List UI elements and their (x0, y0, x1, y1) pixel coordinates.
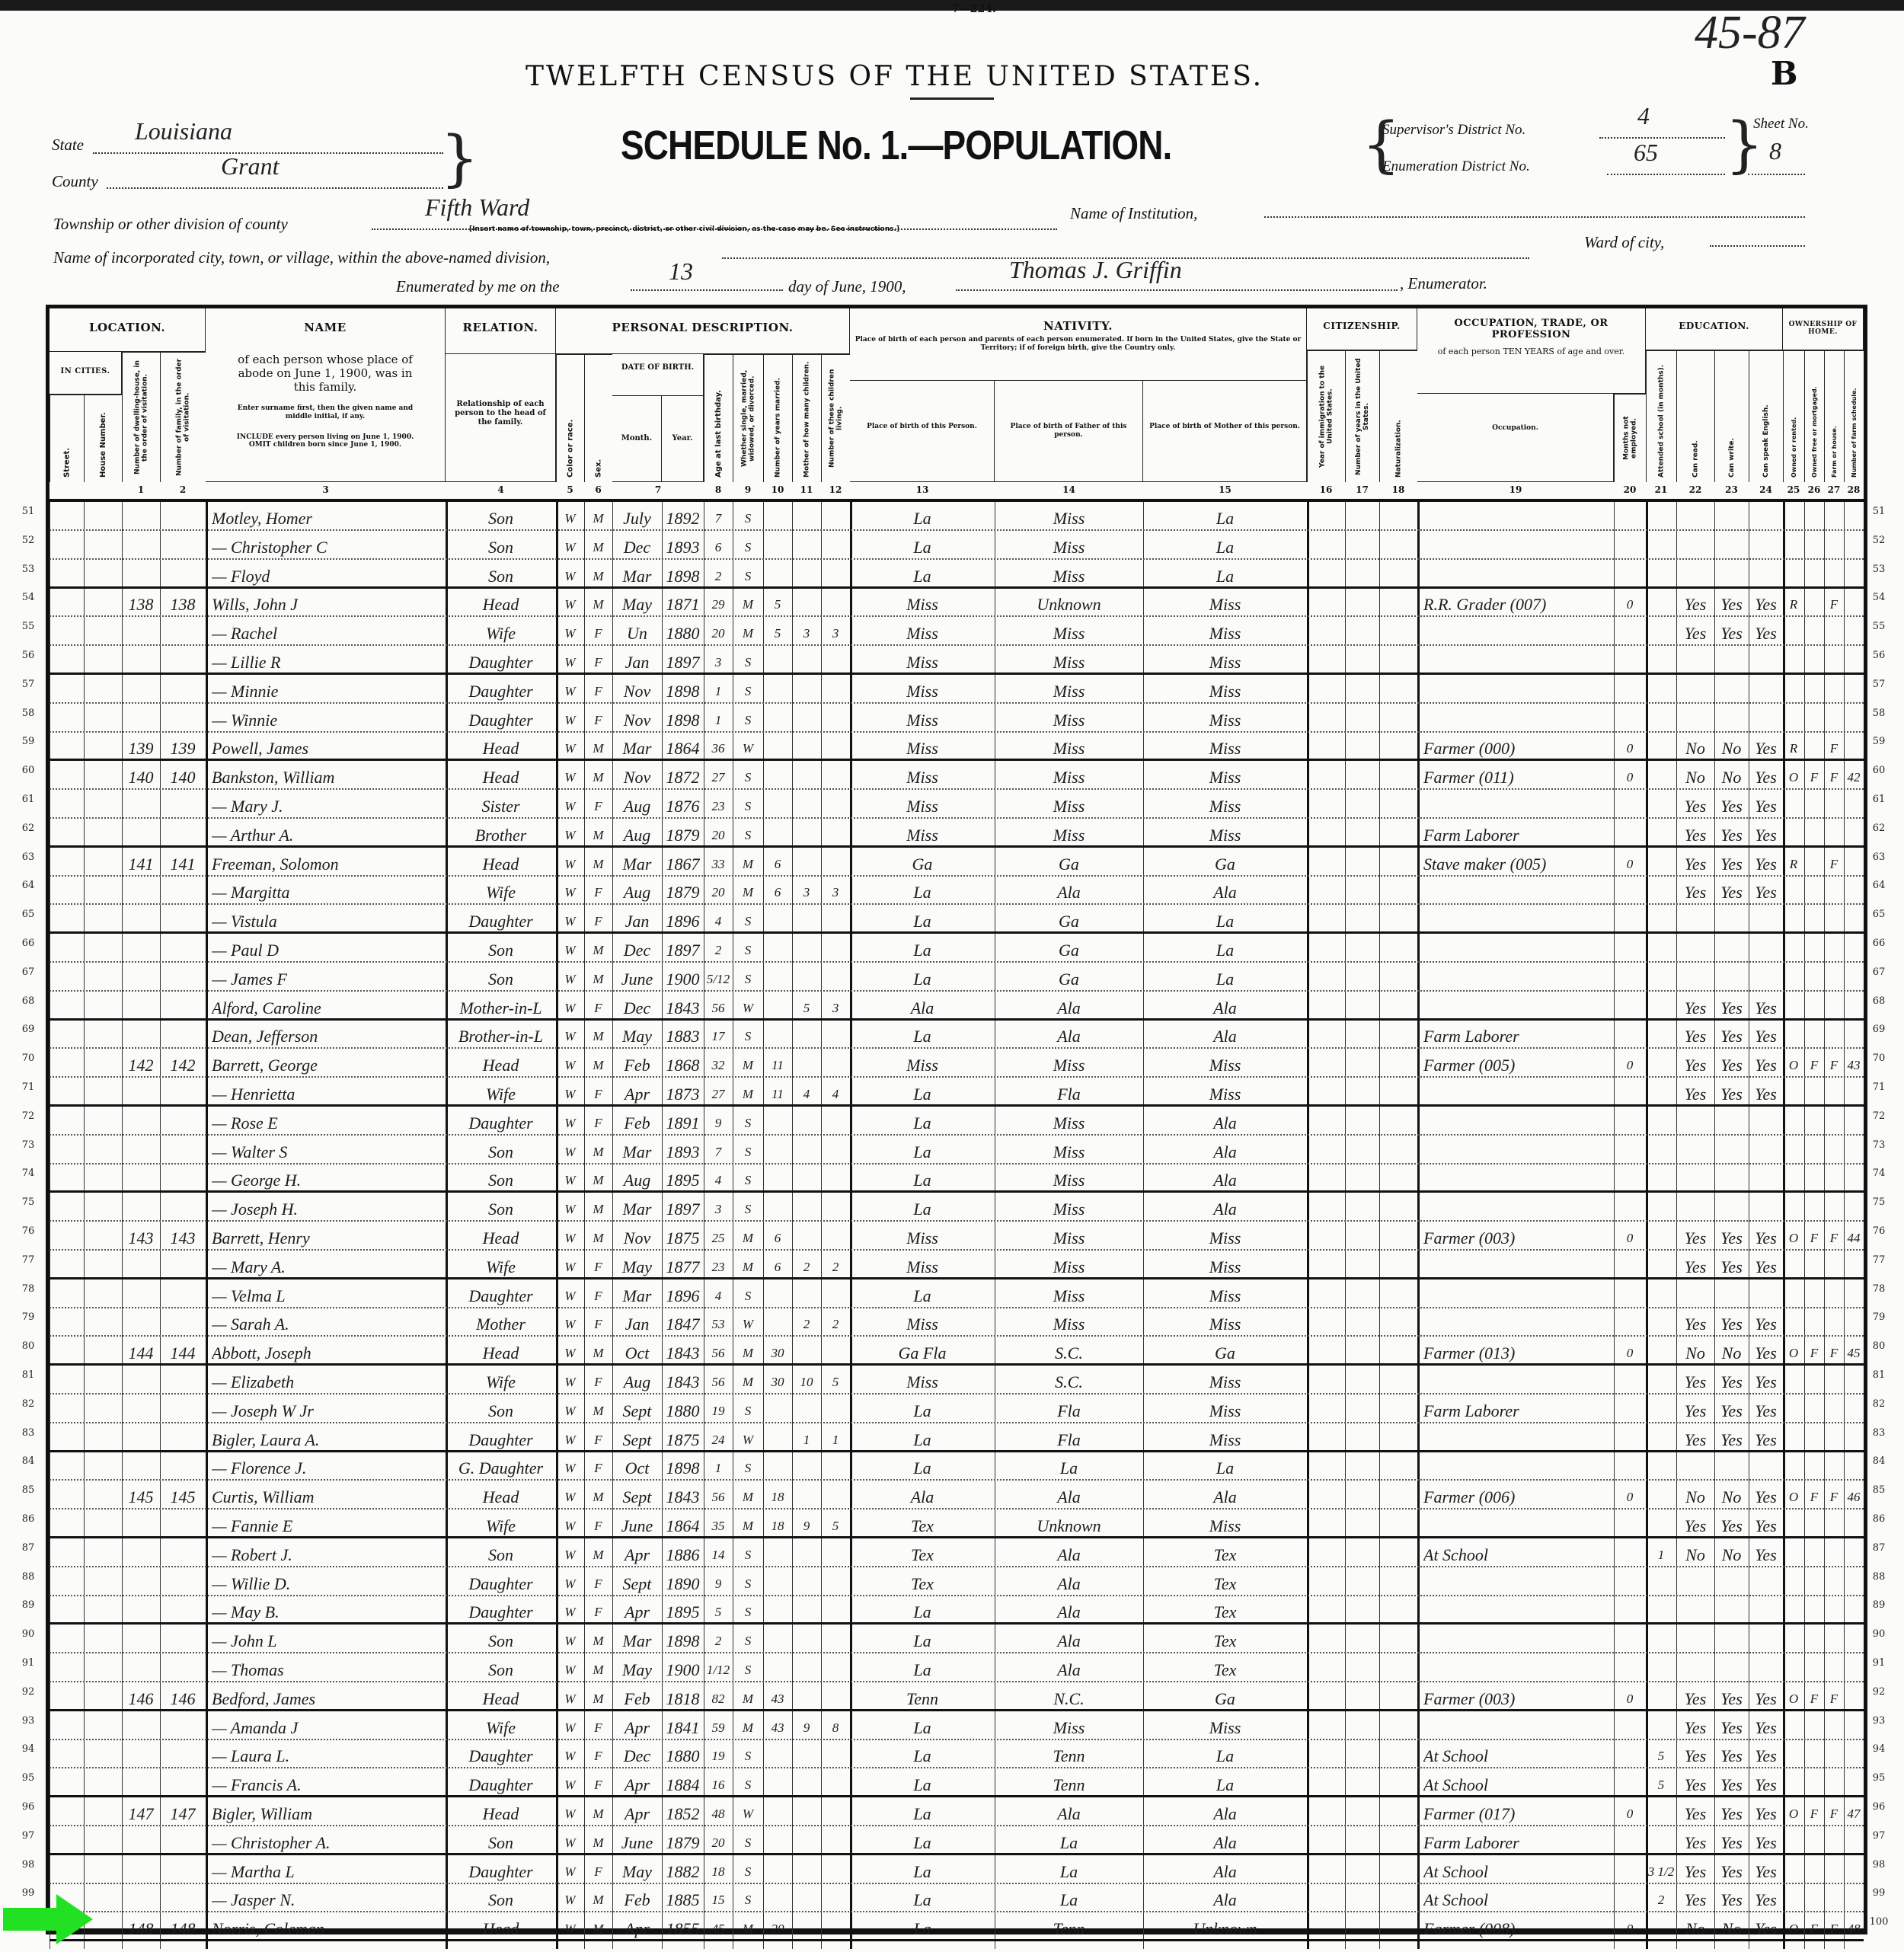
sheet-field[interactable]: 8 (1748, 148, 1805, 175)
cell-farm: F (1824, 1481, 1844, 1510)
cell-rel: Head (446, 1337, 556, 1366)
column-number: 18 (1379, 484, 1417, 495)
cell-color: W (556, 1481, 584, 1510)
cell-age: 2 (704, 934, 733, 963)
cell-name: — Joseph W Jr (212, 1395, 446, 1423)
cell-year: 1885 (662, 1883, 704, 1912)
cell-name: — Joseph H. (212, 1193, 446, 1222)
line-number: 81 (17, 1369, 40, 1381)
cell-occ: Farmer (013) (1423, 1337, 1614, 1366)
cell-name: — Elizabeth (212, 1366, 446, 1395)
cell-age: 20 (704, 617, 733, 646)
cell-name: — Christopher A. (212, 1826, 446, 1855)
cell-age: 20 (704, 1826, 733, 1855)
cell-occ: Farmer (003) (1423, 1222, 1614, 1251)
cell-name: — Walter S (212, 1136, 446, 1164)
cell-year: 1841 (662, 1711, 704, 1740)
cell-bm: Miss (1143, 617, 1307, 646)
cell-year: 1847 (662, 1308, 704, 1337)
cell-name: — Arthur A. (212, 819, 446, 848)
cell-sex: F (584, 790, 612, 819)
cell-bm: Ga (1143, 848, 1307, 877)
table-row: — Sarah A.MotherWFJan184753W22MissMissMi… (50, 1308, 1864, 1337)
line-number: 93 (1867, 1715, 1890, 1727)
cell-ym: 11 (763, 1078, 792, 1107)
cell-bm: La (1143, 1452, 1307, 1481)
cell-sex: F (584, 1078, 612, 1107)
cell-write: No (1714, 1337, 1749, 1366)
cell-rel: Daughter (446, 1567, 556, 1596)
line-number: 63 (17, 851, 40, 863)
cell-age: 7 (704, 502, 733, 531)
cell-eng: Yes (1749, 1538, 1783, 1567)
cell-month: Sept (612, 1395, 662, 1423)
line-number: 95 (1867, 1772, 1890, 1784)
cell-sex: F (584, 1308, 612, 1337)
cell-bf: Ga (995, 934, 1143, 963)
cell-rel: Daughter (446, 1740, 556, 1768)
cell-color: W (556, 1538, 584, 1567)
table-row: 138138Wills, John JHeadWMMay187129M5Miss… (50, 588, 1864, 617)
cell-bm: Miss (1143, 1423, 1307, 1452)
cell-sex: M (584, 1538, 612, 1567)
column-number: 12 (821, 484, 850, 495)
cell-sex: M (584, 848, 612, 877)
cell-marital: S (733, 1567, 763, 1596)
cell-occ: At School (1423, 1883, 1614, 1912)
header-immigration: Year of immigration to the United States… (1307, 350, 1345, 482)
cell-sex: M (584, 1337, 612, 1366)
cell-sex: F (584, 1280, 612, 1308)
cell-eng: Yes (1749, 1222, 1783, 1251)
cell-age: 32 (704, 1049, 733, 1078)
cell-read: Yes (1676, 1797, 1714, 1826)
cell-own: O (1783, 1682, 1804, 1711)
right-line-numbers: 5152535455565758596061626364656667686970… (1867, 498, 1898, 1945)
cell-bp: Miss (850, 646, 995, 675)
cell-bp: Ga Fla (850, 1337, 995, 1366)
cell-eng: Yes (1749, 1768, 1783, 1797)
header-can-read: Can read. (1676, 350, 1714, 482)
cell-month: July (612, 502, 662, 531)
cell-name: — May B. (212, 1596, 446, 1625)
cell-color: W (556, 1193, 584, 1222)
cell-mu: 0 (1614, 1797, 1646, 1826)
cell-bf: Fla (995, 1078, 1143, 1107)
cell-marital: S (733, 1452, 763, 1481)
cell-month: Sept (612, 1481, 662, 1510)
cell-bp: Tex (850, 1538, 995, 1567)
column-number: 19 (1417, 484, 1614, 495)
township-field[interactable]: Fifth Ward [Insert name of township, tow… (372, 207, 1057, 230)
column-number: 28 (1844, 484, 1864, 495)
cell-mort: F (1804, 1682, 1824, 1711)
cell-age: 82 (704, 1682, 733, 1711)
cell-bm: Miss (1143, 1711, 1307, 1740)
cell-month: Dec (612, 531, 662, 560)
cell-year: 1884 (662, 1768, 704, 1797)
cell-marital: S (733, 1883, 763, 1912)
cell-write: Yes (1714, 1049, 1749, 1078)
cell-mu: 0 (1614, 1682, 1646, 1711)
cell-year: 1897 (662, 646, 704, 675)
header-relation-desc: Relationship of each person to the head … (446, 354, 556, 482)
table-row: — Arthur A.BrotherWMAug187920SMissMissMi… (50, 819, 1864, 848)
line-number: 83 (1867, 1427, 1890, 1439)
cell-eng: Yes (1749, 1826, 1783, 1855)
table-row: — VistulaDaughterWFJan18964SLaGaLa (50, 905, 1864, 934)
line-number: 58 (1867, 708, 1890, 719)
cell-year: 1843 (662, 1337, 704, 1366)
cell-read: Yes (1676, 1883, 1714, 1912)
cell-color: W (556, 617, 584, 646)
line-number: 57 (1867, 679, 1890, 690)
cell-month: Feb (612, 1883, 662, 1912)
cell-rel: Wife (446, 1366, 556, 1395)
cell-bf: Miss (995, 1193, 1143, 1222)
cell-age: 24 (704, 1423, 733, 1452)
line-number: 91 (17, 1657, 40, 1669)
header-in-cities: IN CITIES. (50, 352, 122, 395)
cell-marital: S (733, 502, 763, 531)
cell-eng: Yes (1749, 617, 1783, 646)
cell-name: — Mary A. (212, 1251, 446, 1280)
cell-bf: Ala (995, 1797, 1143, 1826)
cell-write: Yes (1714, 1222, 1749, 1251)
cell-age: 56 (704, 992, 733, 1021)
cell-occ: Farmer (005) (1423, 1049, 1614, 1078)
table-row: — Laura L.DaughterWFDec188019SLaTennLaAt… (50, 1740, 1864, 1768)
cell-sex: M (584, 588, 612, 617)
cell-color: W (556, 1280, 584, 1308)
state-field[interactable]: Louisiana (93, 128, 443, 154)
cell-bf: Miss (995, 560, 1143, 589)
cell-bm: Ga (1143, 1337, 1307, 1366)
cell-age: 4 (704, 905, 733, 934)
line-number: 72 (1867, 1110, 1890, 1122)
cell-name: Bigler, Laura A. (212, 1423, 446, 1452)
cell-month: May (612, 1020, 662, 1049)
cell-write: Yes (1714, 992, 1749, 1021)
cell-rel: Son (446, 1193, 556, 1222)
supervisor-value: 4 (1637, 102, 1650, 130)
cell-rel: Son (446, 502, 556, 531)
enumerated-prefix: Enumerated by me on the (396, 277, 560, 296)
cell-name: — Martha L (212, 1855, 446, 1884)
table-row: — ThomasSonWMMay19001/12SLaAlaTex (50, 1653, 1864, 1682)
cell-bp: La (850, 1452, 995, 1481)
line-number: 80 (17, 1340, 40, 1352)
cell-read: No (1676, 732, 1714, 761)
enumerated-day-field[interactable]: 13 (631, 270, 783, 291)
cell-bp: Miss (850, 1366, 995, 1395)
column-number: 8 (704, 484, 733, 495)
cell-write: Yes (1714, 1251, 1749, 1280)
cell-year: 1880 (662, 1740, 704, 1768)
cell-read: Yes (1676, 1308, 1714, 1337)
cell-rel: Wife (446, 617, 556, 646)
cell-read: No (1676, 1912, 1714, 1941)
cell-month: Apr (612, 1797, 662, 1826)
cell-name: — John L (212, 1625, 446, 1653)
line-number: 77 (17, 1254, 40, 1266)
cell-rel: Head (446, 1682, 556, 1711)
cell-color: W (556, 1596, 584, 1625)
cell-marital: S (733, 963, 763, 992)
enumeration-value: 65 (1634, 139, 1658, 167)
cell-name: — Amanda J (212, 1711, 446, 1740)
cell-age: 36 (704, 732, 733, 761)
cell-marital: S (733, 1136, 763, 1164)
cell-year: 1895 (662, 1596, 704, 1625)
cell-bm: Ala (1143, 1136, 1307, 1164)
cell-eng: Yes (1749, 1510, 1783, 1538)
column-number: 6 (584, 484, 612, 495)
cell-name: Alford, Caroline (212, 992, 446, 1021)
cell-color: W (556, 992, 584, 1021)
table-row: — Mary J.SisterWFAug187623SMissMissMissY… (50, 790, 1864, 819)
cell-name: — Laura L. (212, 1740, 446, 1768)
cell-age: 2 (704, 1625, 733, 1653)
cell-farm: F (1824, 848, 1844, 877)
cell-age: 19 (704, 1740, 733, 1768)
table-row: — Lillie RDaughterWFJan18973SMissMissMis… (50, 646, 1864, 675)
cell-bp: La (850, 1797, 995, 1826)
cell-read: Yes (1676, 1740, 1714, 1768)
table-row: — Velma LDaughterWFMar18964SLaMissMiss (50, 1280, 1864, 1308)
cell-month: Mar (612, 1625, 662, 1653)
cell-marital: S (733, 905, 763, 934)
cell-bm: Miss (1143, 1510, 1307, 1538)
cell-read: Yes (1676, 588, 1714, 617)
cell-sex: F (584, 1366, 612, 1395)
table-row: — WinnieDaughterWFNov18981SMissMissMiss (50, 704, 1864, 733)
cell-farm: F (1824, 588, 1844, 617)
cell-bp: Miss (850, 761, 995, 790)
cell-color: W (556, 1855, 584, 1884)
cell-color: W (556, 1337, 584, 1366)
cell-sex: F (584, 1423, 612, 1452)
table-row: 143143Barrett, HenryHeadWMNov187525M6Mis… (50, 1222, 1864, 1251)
line-number: 94 (17, 1743, 40, 1755)
cell-own: R (1783, 588, 1804, 617)
cell-age: 3 (704, 1193, 733, 1222)
cell-eng: Yes (1749, 1711, 1783, 1740)
cell-year: 1875 (662, 1222, 704, 1251)
cell-write: Yes (1714, 1078, 1749, 1107)
cell-bf: Miss (995, 732, 1143, 761)
cell-marital: S (733, 934, 763, 963)
header-name: NAME (206, 308, 445, 334)
column-number: 17 (1345, 484, 1379, 495)
header-nativity-desc: Place of birth of each person and parent… (850, 333, 1306, 356)
cell-eng: Yes (1749, 1682, 1783, 1711)
header-age: Age at last birthday. (704, 354, 733, 482)
cell-dw: 148 (122, 1912, 160, 1941)
line-number: 76 (1867, 1225, 1890, 1237)
cell-marital: W (733, 1308, 763, 1337)
table-row: — Jasper N.SonWMFeb188515SLaLaAlaAt Scho… (50, 1883, 1864, 1912)
cell-age: 20 (704, 819, 733, 848)
enumerator-field[interactable]: Thomas J. Griffin (956, 268, 1398, 291)
cell-ym: 18 (763, 1481, 792, 1510)
cell-rel: Daughter (446, 1596, 556, 1625)
cell-year: 1892 (662, 502, 704, 531)
cell-bf: Miss (995, 761, 1143, 790)
cell-mort: F (1804, 761, 1824, 790)
column-number: 26 (1804, 484, 1824, 495)
cell-year: 1867 (662, 848, 704, 877)
cell-age: 6 (704, 531, 733, 560)
cell-fam: 140 (160, 761, 206, 790)
cell-bm: Ala (1143, 1855, 1307, 1884)
sheet-label: Sheet No. (1753, 116, 1809, 133)
cell-rel: Son (446, 1136, 556, 1164)
cell-marital: S (733, 1625, 763, 1653)
line-number: 64 (17, 880, 40, 891)
cell-moc: 2 (792, 1251, 821, 1280)
cell-read: No (1676, 1481, 1714, 1510)
cell-age: 53 (704, 1308, 733, 1337)
line-number: 89 (1867, 1599, 1890, 1611)
cell-bf: Miss (995, 531, 1143, 560)
cell-cl: 3 (821, 876, 850, 905)
cell-month: Apr (612, 1538, 662, 1567)
line-number: 87 (1867, 1542, 1890, 1554)
cell-moc: 10 (792, 1366, 821, 1395)
table-row: — Florence J.G. DaughterWFOct18981SLaLaL… (50, 1452, 1864, 1481)
cell-rel: Daughter (446, 905, 556, 934)
cell-marital: M (733, 1510, 763, 1538)
cell-name: — Henrietta (212, 1078, 446, 1107)
cell-read: Yes (1676, 1020, 1714, 1049)
cell-bp: La (850, 1740, 995, 1768)
cell-age: 27 (704, 761, 733, 790)
cell-bp: Tenn (850, 1682, 995, 1711)
cell-eng: Yes (1749, 876, 1783, 905)
cell-marital: S (733, 1164, 763, 1193)
cell-fam: 144 (160, 1337, 206, 1366)
cell-sex: M (584, 560, 612, 589)
cell-cl: 2 (821, 1251, 850, 1280)
cell-own: O (1783, 1481, 1804, 1510)
line-number: 51 (1867, 506, 1890, 517)
cell-bp: Tex (850, 1510, 995, 1538)
cell-sex: F (584, 1251, 612, 1280)
cell-bf: Miss (995, 617, 1143, 646)
table-row: 148148Norris, ColemanHeadWMApr185545M20L… (50, 1912, 1864, 1941)
supervisor-field[interactable]: 4 (1599, 116, 1725, 139)
header-occupation: OCCUPATION, TRADE, OR PROFESSION (1417, 308, 1645, 340)
cell-write: Yes (1714, 876, 1749, 905)
cell-bm: Miss (1143, 1049, 1307, 1078)
cell-color: W (556, 1107, 584, 1136)
cell-cl: 2 (821, 1308, 850, 1337)
cell-read: Yes (1676, 1826, 1714, 1855)
table-row: — HenriettaWifeWFApr187327M1144LaFlaMiss… (50, 1078, 1864, 1107)
cell-month: Jan (612, 1308, 662, 1337)
city-label: Name of incorporated city, town, or vill… (53, 248, 550, 267)
cell-month: June (612, 1510, 662, 1538)
header-location: LOCATION. (50, 308, 206, 352)
cell-age: 1 (704, 675, 733, 704)
cell-age: 56 (704, 1366, 733, 1395)
cell-cl: 5 (821, 1510, 850, 1538)
institution-field[interactable] (1264, 200, 1805, 218)
cell-year: 1879 (662, 1826, 704, 1855)
header-nativity-block: NATIVITY. Place of birth of each person … (850, 308, 1307, 381)
cell-sex: M (584, 819, 612, 848)
table-row: — John LSonWMMar18982SLaAlaTex (50, 1625, 1864, 1653)
cell-eng: Yes (1749, 1481, 1783, 1510)
cell-color: W (556, 1251, 584, 1280)
cell-marital: S (733, 1280, 763, 1308)
cell-marital: M (733, 1049, 763, 1078)
line-number: 97 (17, 1830, 40, 1842)
cell-rel: Son (446, 1653, 556, 1682)
column-number: 21 (1646, 484, 1676, 495)
cell-mort: F (1804, 1049, 1824, 1078)
ward-field[interactable] (1710, 228, 1805, 247)
cell-moc: 5 (792, 992, 821, 1021)
cell-read: No (1676, 761, 1714, 790)
line-number: 68 (1867, 995, 1890, 1007)
cell-name: — Rachel (212, 617, 446, 646)
enumeration-field[interactable]: 65 (1607, 152, 1725, 175)
cell-dw: 140 (122, 761, 160, 790)
cell-ym: 6 (763, 1222, 792, 1251)
line-number: 69 (1867, 1024, 1890, 1035)
line-number: 58 (17, 708, 40, 719)
cell-rel: Head (446, 1049, 556, 1078)
cell-bf: Miss (995, 646, 1143, 675)
cell-month: Aug (612, 1164, 662, 1193)
cell-bp: La (850, 1078, 995, 1107)
cell-bf: Tenn (995, 1768, 1143, 1797)
cell-occ: At School (1423, 1740, 1614, 1768)
line-number: 63 (1867, 851, 1890, 863)
cell-write: Yes (1714, 1711, 1749, 1740)
header-years-in-us: Number of years in the United States. (1345, 350, 1379, 482)
cell-year: 1890 (662, 1567, 704, 1596)
cell-occ: Farm Laborer (1423, 1395, 1614, 1423)
cell-write: No (1714, 1538, 1749, 1567)
cell-marital: M (733, 1337, 763, 1366)
cell-month: Nov (612, 1222, 662, 1251)
cell-month: Jan (612, 646, 662, 675)
cell-dw: 143 (122, 1222, 160, 1251)
cell-month: May (612, 1653, 662, 1682)
cell-fam: 138 (160, 588, 206, 617)
cell-fam: 143 (160, 1222, 206, 1251)
cell-bp: La (850, 502, 995, 531)
state-label: State (52, 136, 84, 155)
cell-name: — Thomas (212, 1653, 446, 1682)
county-field[interactable]: Grant (107, 163, 443, 189)
cell-color: W (556, 1883, 584, 1912)
cell-month: Mar (612, 848, 662, 877)
cell-age: 45 (704, 1912, 733, 1941)
cell-year: 1879 (662, 876, 704, 905)
cell-bm: Unknown (1143, 1912, 1307, 1941)
column-number: 1 (122, 484, 160, 495)
cell-bf: Miss (995, 1711, 1143, 1740)
line-number: 73 (1867, 1139, 1890, 1151)
arrow-right-icon (3, 1894, 93, 1944)
cell-color: W (556, 502, 584, 531)
cell-read: Yes (1676, 819, 1714, 848)
cell-sex: M (584, 1222, 612, 1251)
